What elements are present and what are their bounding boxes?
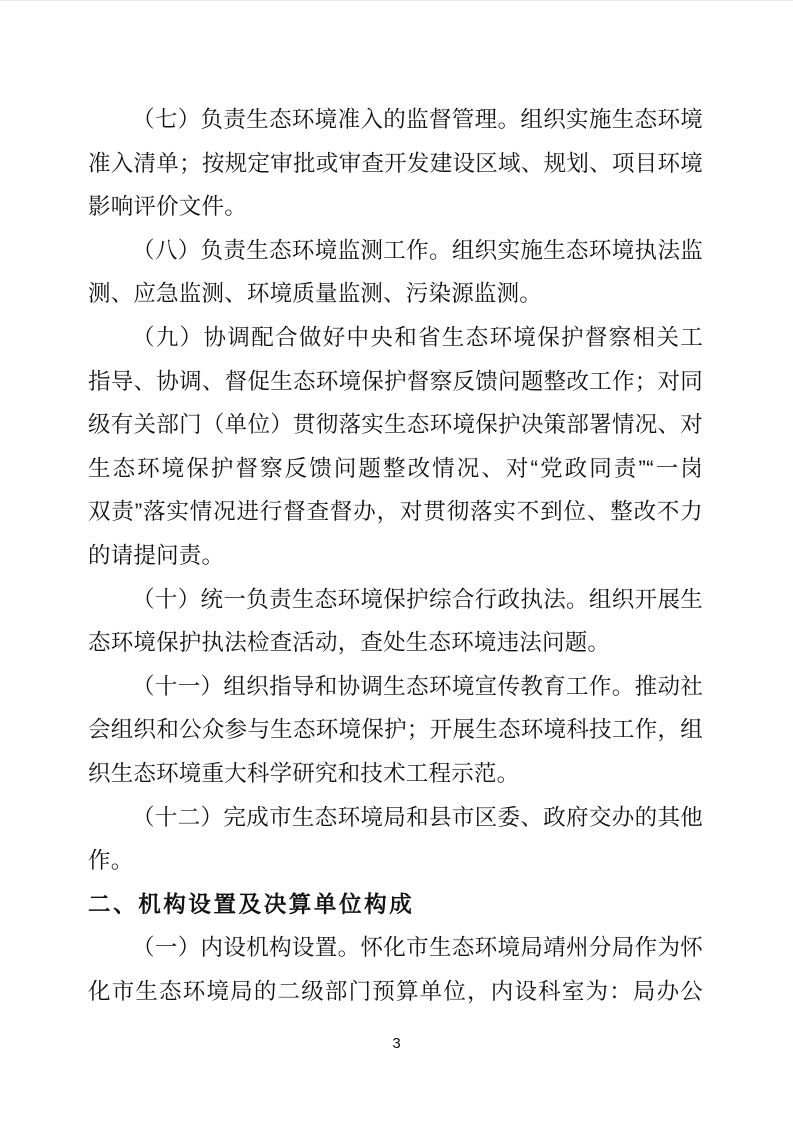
- text-line: （九）协调配合做好中央和省生态环境保护督察相关工作。: [88, 316, 703, 360]
- text-line: 影响评价文件。: [88, 185, 703, 229]
- page-number: 3: [392, 1035, 400, 1052]
- text-line: 化市生态环境局的二级部门预算单位，内设科室为：局办公室、: [88, 970, 703, 1014]
- section-heading: 二、机构设置及决算单位构成: [88, 883, 703, 927]
- text-line: 织生态环境重大科学研究和技术工程示范。: [88, 752, 703, 796]
- document-body: （七）负责生态环境准入的监督管理。组织实施生态环境准入清单；按规定审批或审查开发…: [88, 98, 703, 1013]
- text-line: （十）统一负责生态环境保护综合行政执法。组织开展生: [88, 578, 703, 622]
- text-line: （十二）完成市生态环境局和县市区委、政府交办的其他工: [88, 796, 703, 840]
- text-line: 作。: [88, 839, 703, 883]
- text-line: 双责”落实情况进行督查督办，对贯彻落实不到位、整改不力: [88, 490, 703, 534]
- text-line: 的请提问责。: [88, 534, 703, 578]
- text-line: （一）内设机构设置。怀化市生态环境局靖州分局作为怀: [88, 926, 703, 970]
- text-line: 级有关部门（单位）贯彻落实生态环境保护决策部署情况、对: [88, 403, 703, 447]
- text-line: 指导、协调、督促生态环境保护督察反馈问题整改工作；对同: [88, 360, 703, 404]
- text-line: 生态环境保护督察反馈问题整改情况、对“党政同责”“一岗: [88, 447, 703, 491]
- text-line: （七）负责生态环境准入的监督管理。组织实施生态环境: [88, 98, 703, 142]
- text-line: 态环境保护执法检查活动，查处生态环境违法问题。: [88, 621, 703, 665]
- text-line: 测、应急监测、环境质量监测、污染源监测。: [88, 272, 703, 316]
- text-line: （十一）组织指导和协调生态环境宣传教育工作。推动社: [88, 665, 703, 709]
- page-footer: 3: [0, 1033, 793, 1055]
- text-line: （八）负责生态环境监测工作。组织实施生态环境执法监: [88, 229, 703, 273]
- text-line: 准入清单；按规定审批或审查开发建设区域、规划、项目环境: [88, 142, 703, 186]
- document-page: （七）负责生态环境准入的监督管理。组织实施生态环境准入清单；按规定审批或审查开发…: [0, 0, 793, 1122]
- text-line: 会组织和公众参与生态环境保护；开展生态环境科技工作，组: [88, 708, 703, 752]
